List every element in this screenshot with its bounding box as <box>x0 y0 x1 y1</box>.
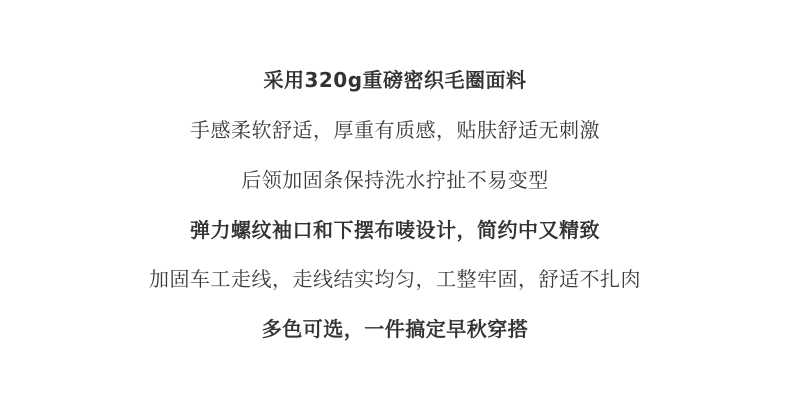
feature-fabric-heading: 采用320g重磅密织毛圈面料 <box>0 66 790 94</box>
feature-cuff-hem-heading: 弹力螺纹袖口和下摆布唛设计，简约中又精致 <box>0 216 790 244</box>
product-feature-list: 采用320g重磅密织毛圈面料 手感柔软舒适，厚重有质感，贴肤舒适无刺激 后领加固… <box>0 0 790 406</box>
feature-comfort-text: 手感柔软舒适，厚重有质感，贴肤舒适无刺激 <box>0 116 790 144</box>
feature-collar-text: 后领加固条保持洗水拧扯不易变型 <box>0 166 790 194</box>
feature-colors-heading: 多色可选，一件搞定早秋穿搭 <box>0 315 790 343</box>
feature-stitching-text: 加固车工走线，走线结实均匀，工整牢固，舒适不扎肉 <box>0 265 790 293</box>
